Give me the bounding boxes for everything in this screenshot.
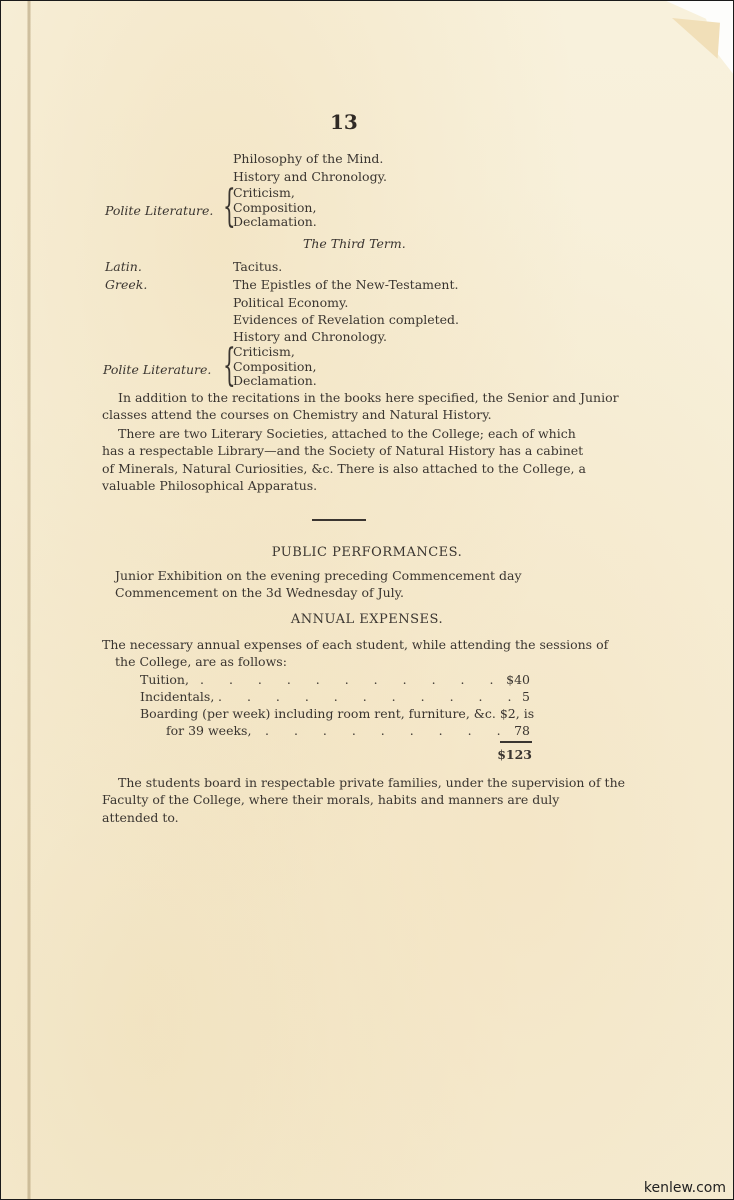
paragraph-line: The students board in respectable privat… bbox=[102, 774, 574, 791]
expense-total: $123 bbox=[472, 746, 532, 763]
paragraph-line: There are two Literary Societies, attach… bbox=[102, 425, 574, 442]
closing-paragraph: The students board in respectable privat… bbox=[102, 774, 574, 826]
polite-literature-list: Criticism, Composition, Declamation. bbox=[233, 345, 317, 389]
section-title: The Third Term. bbox=[303, 235, 406, 252]
list-item: Criticism, bbox=[233, 345, 317, 360]
section-divider bbox=[312, 519, 366, 521]
list-item: Composition, bbox=[233, 201, 317, 216]
course-item: Philosophy of the Mind. bbox=[233, 150, 383, 167]
expense-label: Boarding (per week) including room rent,… bbox=[140, 705, 534, 722]
section-heading: ANNUAL EXPENSES. bbox=[0, 612, 734, 627]
expenses-intro: the College, are as follows: bbox=[115, 653, 287, 670]
list-item: Composition, bbox=[233, 360, 317, 375]
expense-label: Incidentals, bbox=[140, 688, 214, 705]
paragraph-line: Faculty of the College, where their mora… bbox=[102, 791, 574, 808]
course-item: The Epistles of the New-Testament. bbox=[233, 276, 458, 293]
recitations-paragraph: In addition to the recitations in the bo… bbox=[102, 389, 574, 424]
paragraph-line: valuable Philosophical Apparatus. bbox=[102, 477, 574, 494]
subject-label: Polite Literature. bbox=[105, 202, 213, 219]
subject-label: Greek. bbox=[105, 276, 147, 293]
section-heading: PUBLIC PERFORMANCES. bbox=[0, 545, 734, 560]
expense-amount: 5 bbox=[470, 688, 530, 705]
total-rule bbox=[500, 741, 532, 743]
performance-line: Junior Exhibition on the evening precedi… bbox=[115, 567, 522, 584]
paragraph-line: attended to. bbox=[102, 809, 574, 826]
expense-label: Tuition, bbox=[140, 671, 189, 688]
paragraph-line: of Minerals, Natural Curiosities, &c. Th… bbox=[102, 460, 574, 477]
watermark: kenlew.com bbox=[644, 1180, 726, 1196]
paragraph-line: In addition to the recitations in the bo… bbox=[102, 389, 574, 406]
list-item: Declamation. bbox=[233, 215, 317, 230]
expense-amount: $40 bbox=[470, 671, 530, 688]
subject-label: Polite Literature. bbox=[103, 361, 211, 378]
course-item: Tacitus. bbox=[233, 258, 282, 275]
subject-label: Latin. bbox=[105, 258, 142, 275]
course-item: History and Chronology. bbox=[233, 328, 387, 345]
course-item: Political Economy. bbox=[233, 294, 348, 311]
expense-label: for 39 weeks, bbox=[166, 722, 251, 739]
polite-literature-list: Criticism, Composition, Declamation. bbox=[233, 186, 317, 230]
expense-amount: 78 bbox=[470, 722, 530, 739]
leader-dots: . . . . . . . . . . . bbox=[200, 671, 504, 688]
course-item: Evidences of Revelation completed. bbox=[233, 311, 459, 328]
binding-gutter bbox=[27, 0, 31, 1200]
page-number: 13 bbox=[330, 110, 358, 134]
list-item: Criticism, bbox=[233, 186, 317, 201]
societies-paragraph: There are two Literary Societies, attach… bbox=[102, 425, 574, 494]
list-item: Declamation. bbox=[233, 374, 317, 389]
performance-line: Commencement on the 3d Wednesday of July… bbox=[115, 584, 404, 601]
expenses-intro: The necessary annual expenses of each st… bbox=[102, 636, 608, 653]
course-item: History and Chronology. bbox=[233, 168, 387, 185]
paragraph-line: classes attend the courses on Chemistry … bbox=[102, 406, 574, 423]
paragraph-line: has a respectable Library—and the Societ… bbox=[102, 442, 574, 459]
